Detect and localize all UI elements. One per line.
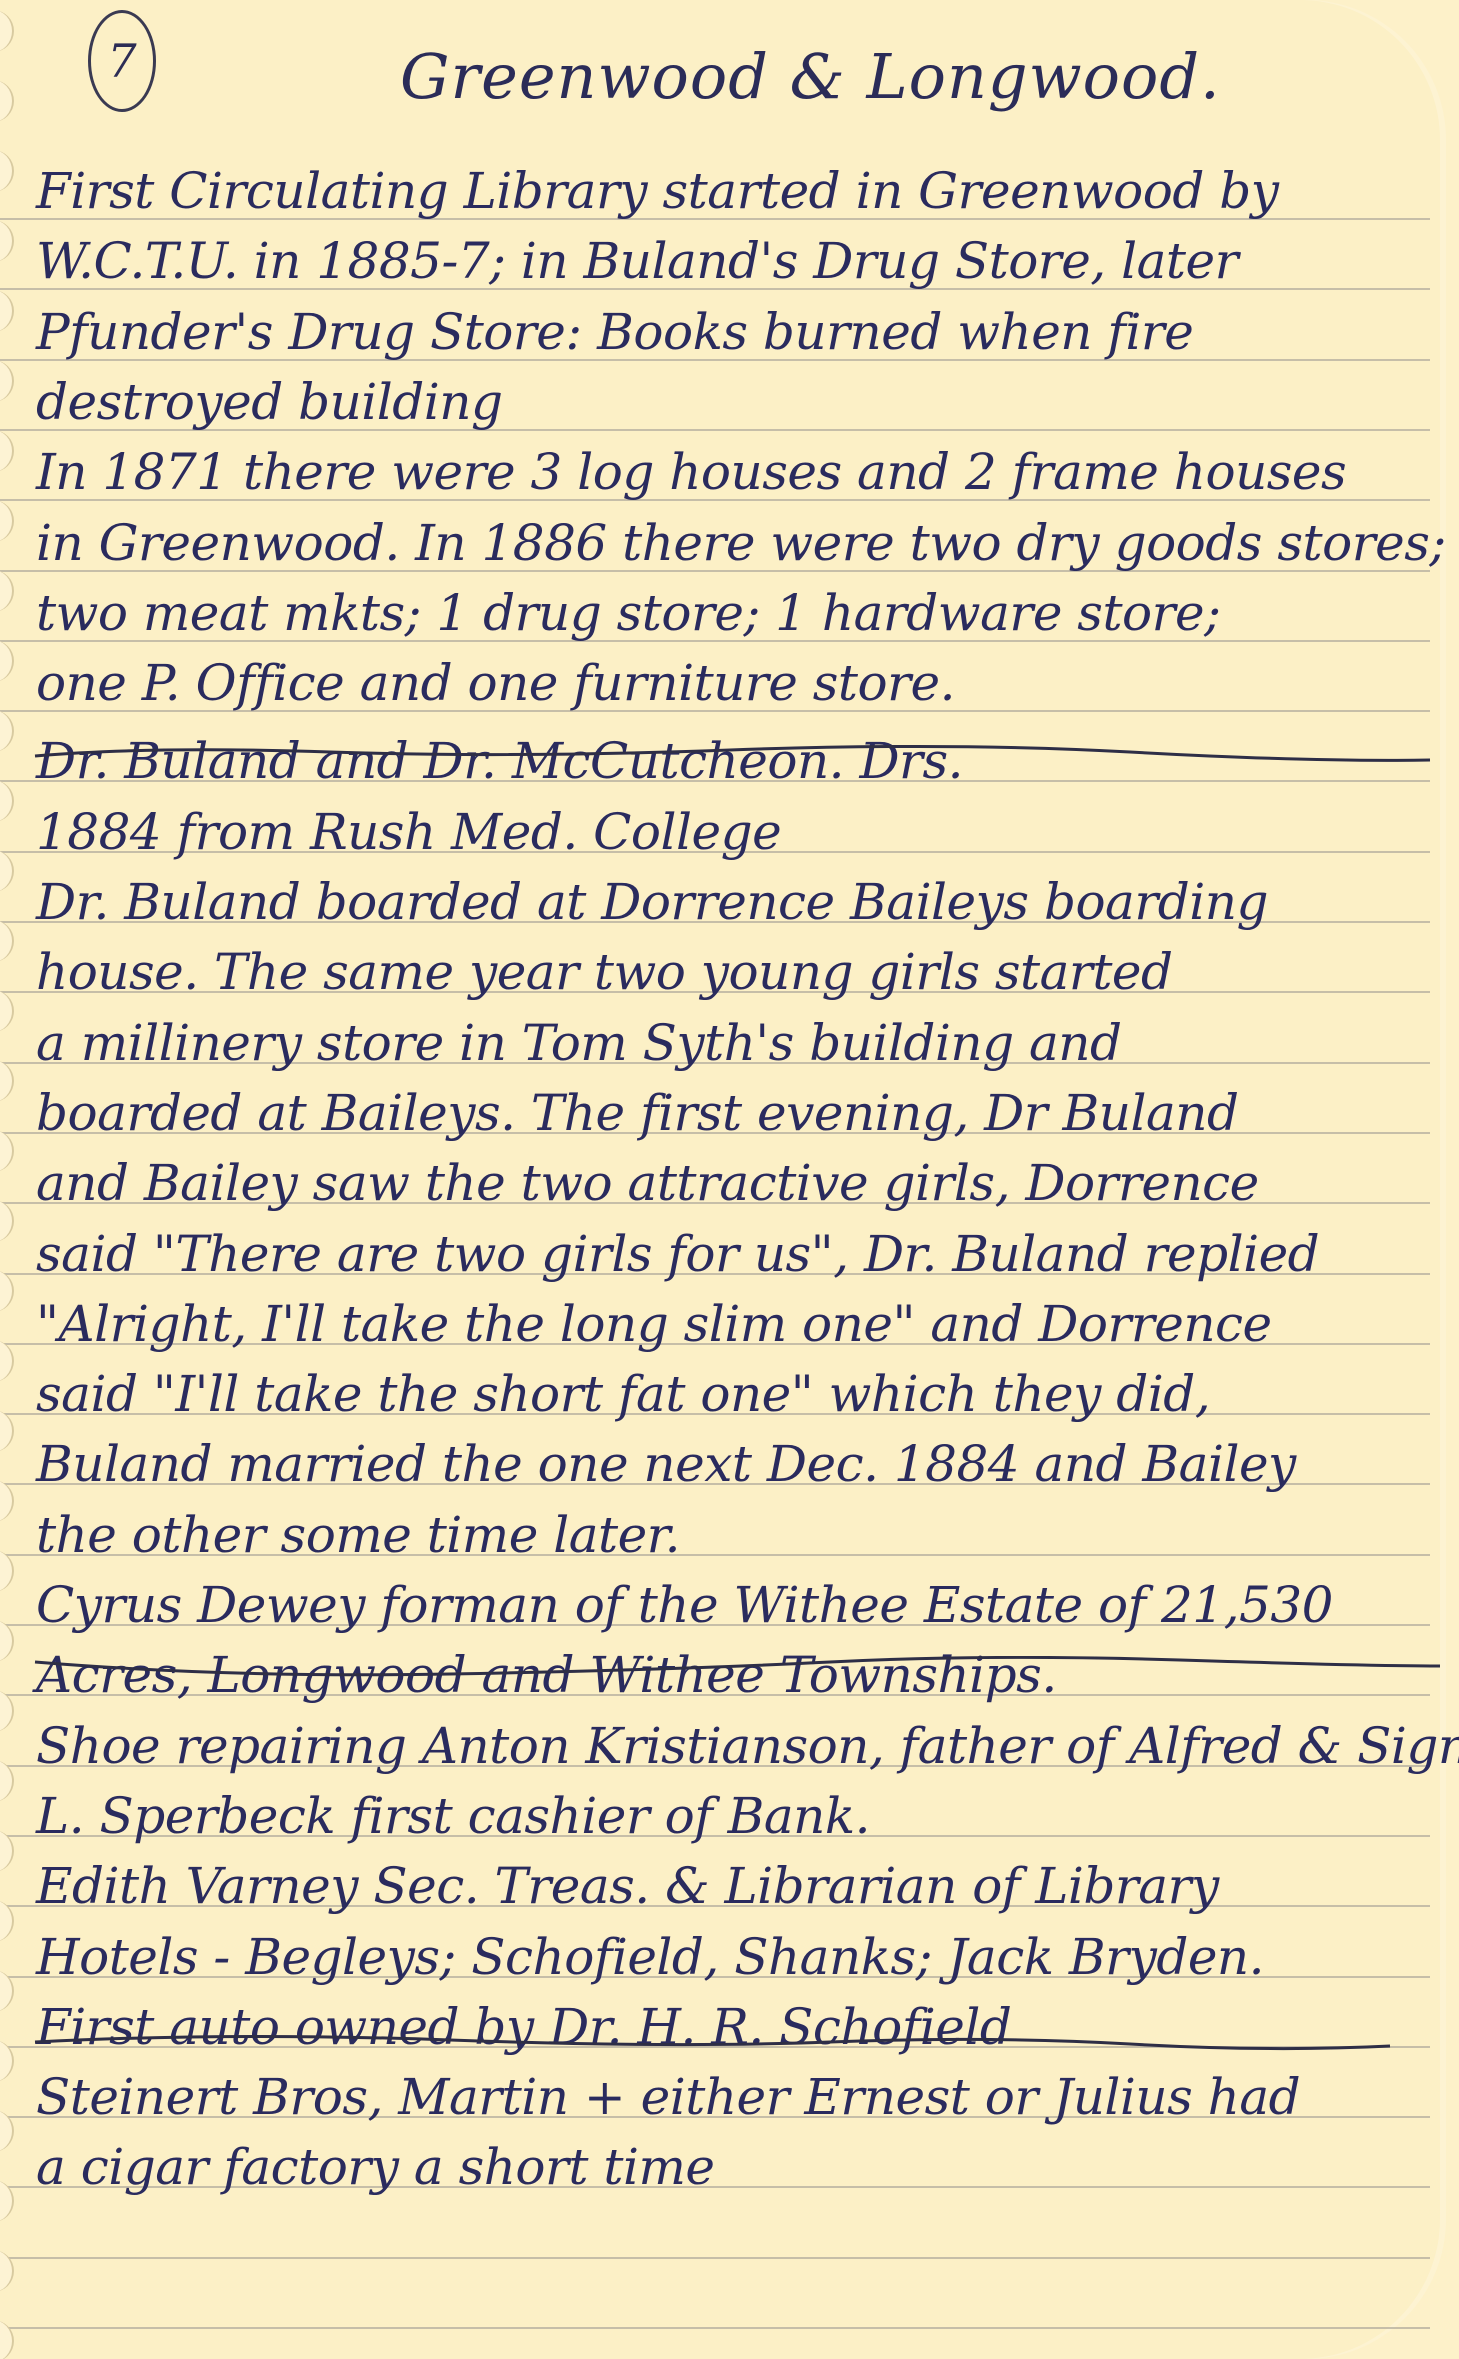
page-title: Greenwood & Longwood. [400,40,1221,113]
handwritten-line: destroyed building [36,377,503,427]
perforation-bump [0,1130,14,1172]
handwritten-line: Pfunder's Drug Store: Books burned when … [36,307,1193,357]
perforation-bump [0,1900,14,1942]
perforation-bump [0,1690,14,1732]
handwritten-line: In 1871 there were 3 log houses and 2 fr… [36,447,1346,497]
perforation-bump [0,1970,14,2012]
perforation-bump [0,1550,14,1592]
rule-line [0,2327,1430,2329]
perforation-bump [0,1200,14,1242]
handwritten-line: a cigar factory a short time [36,2142,715,2192]
handwritten-line: Hotels - Begleys; Schofield, Shanks; Jac… [36,1932,1264,1982]
perforation-bump [0,1830,14,1872]
perforation-bump [0,500,14,542]
perforation-bump [0,2180,14,2222]
page-number-text: 7 [107,34,136,88]
handwritten-line: two meat mkts; 1 drug store; 1 hardware … [36,588,1221,638]
perforation-bump [0,990,14,1032]
handwritten-line: Dr. Buland boarded at Dorrence Baileys b… [36,877,1268,927]
perforation-bump [0,2320,14,2359]
handwritten-line: L. Sperbeck first cashier of Bank. [36,1791,870,1841]
rule-line [0,2257,1430,2259]
handwritten-line: said "I'll take the short fat one" which… [36,1369,1210,1419]
handwritten-line: Steinert Bros, Martin + either Ernest or… [36,2072,1300,2122]
divider-squiggle-2 [30,1656,1440,1680]
perforation-bump [0,80,14,122]
perforation-bump [0,570,14,612]
perforation-bump [0,430,14,472]
handwritten-line: 1884 from Rush Med. College [36,807,781,857]
handwritten-line: Edith Varney Sec. Treas. & Librarian of … [36,1861,1219,1911]
handwritten-line: Shoe repairing Anton Kristianson, father… [36,1721,1459,1771]
perforation-bump [0,1340,14,1382]
perforation-bump [0,2250,14,2292]
handwritten-line: a millinery store in Tom Syth's building… [36,1018,1122,1068]
circled-page-number: 7 [88,10,156,112]
divider-squiggle-3 [30,2030,1440,2054]
perforation-bump [0,1060,14,1102]
handwritten-line: house. The same year two young girls sta… [36,947,1173,997]
divider-squiggle-1 [30,742,1440,766]
perforation-bump [0,850,14,892]
perforation-bump [0,2110,14,2152]
perforation-bump [0,150,14,192]
handwritten-line: "Alright, I'll take the long slim one" a… [36,1299,1272,1349]
perforation-bump [0,920,14,962]
handwritten-line: boarded at Baileys. The first evening, D… [36,1088,1238,1138]
handwritten-line: and Bailey saw the two attractive girls,… [36,1158,1259,1208]
handwritten-line: First Circulating Library started in Gre… [36,166,1279,216]
handwritten-line: one P. Office and one furniture store. [36,658,955,708]
perforation-bump [0,1620,14,1662]
perforation-bump [0,290,14,332]
perforation-bump [0,1270,14,1312]
handwritten-line: said "There are two girls for us", Dr. B… [36,1229,1319,1279]
perforation-bump [0,1760,14,1802]
perforation-bump [0,10,14,52]
handwritten-line: the other some time later. [36,1510,680,1560]
notebook-page: 7 Greenwood & Longwood. First Circulatin… [0,0,1440,2359]
handwritten-line: Buland married the one next Dec. 1884 an… [36,1439,1296,1489]
perforation-bump [0,640,14,682]
handwritten-line: Cyrus Dewey forman of the Withee Estate … [36,1580,1333,1630]
perforation-bump [0,220,14,262]
perforation-bump [0,1410,14,1452]
perforation-bump [0,2040,14,2082]
perforation-bump [0,1480,14,1522]
perforation-bump [0,780,14,822]
handwritten-line: in Greenwood. In 1886 there were two dry… [36,518,1446,568]
perforation-edge [0,0,30,2359]
perforation-bump [0,710,14,752]
perforation-bump [0,360,14,402]
handwritten-line: W.C.T.U. in 1885-7; in Buland's Drug Sto… [36,236,1238,286]
